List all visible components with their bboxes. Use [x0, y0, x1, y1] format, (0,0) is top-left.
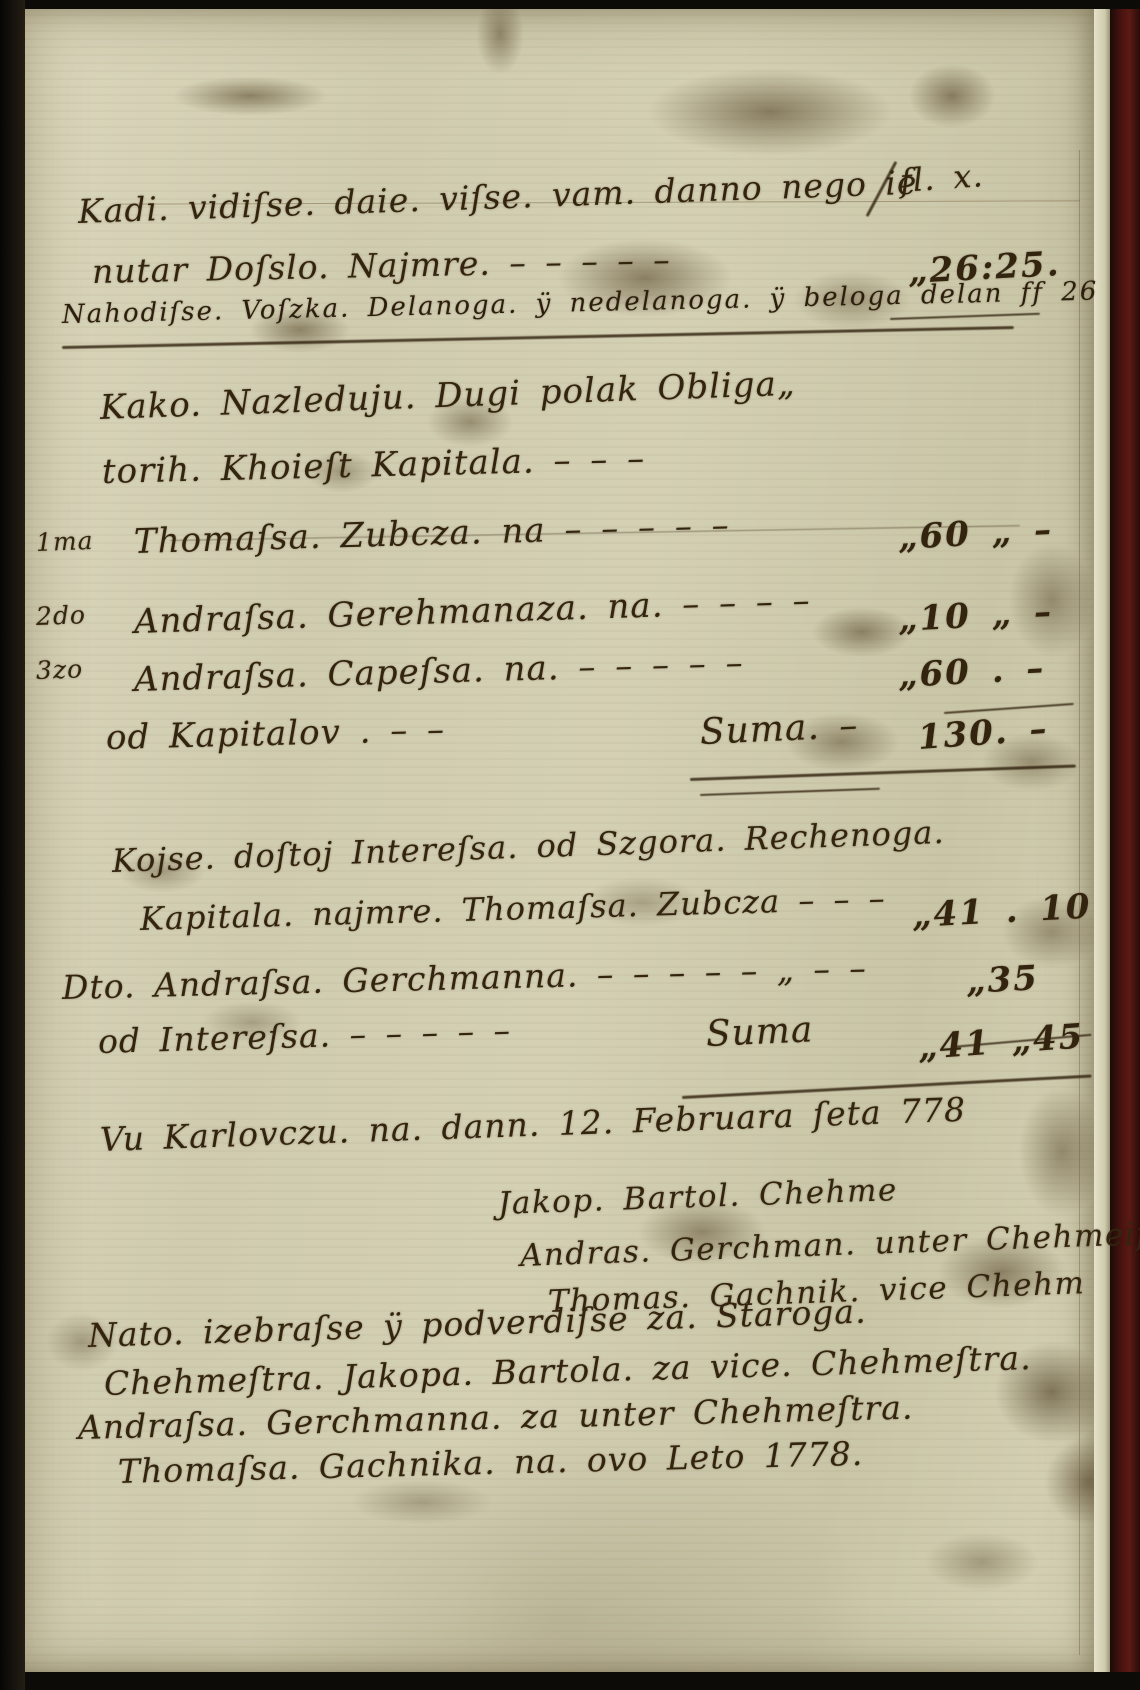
capital-suma-word: Suma. – [699, 705, 859, 753]
scan-border-bottom [0, 1672, 1140, 1690]
interest-line-2-amount: „35 [965, 958, 1040, 1002]
capital-suma-label: od Kapitalov . – – [106, 710, 446, 758]
scan-border-left [0, 0, 25, 1690]
entry-3-number: 3zo [35, 654, 83, 685]
interest-suma-word: Suma [705, 1009, 814, 1055]
entry-1-amount: „60 „ – [897, 510, 1054, 558]
entry-1-number: 1ma [35, 526, 94, 557]
manuscript-scan: fl. x. Kadi. vidiſse. daie. viſse. vam. … [0, 0, 1140, 1690]
entry-3-amount: „60 . – [897, 648, 1046, 696]
entry-2-amount: „10 „ – [897, 592, 1054, 640]
book-binding [1110, 0, 1140, 1690]
scan-border-top [0, 0, 1140, 9]
entry-2-number: 2do [35, 600, 86, 631]
